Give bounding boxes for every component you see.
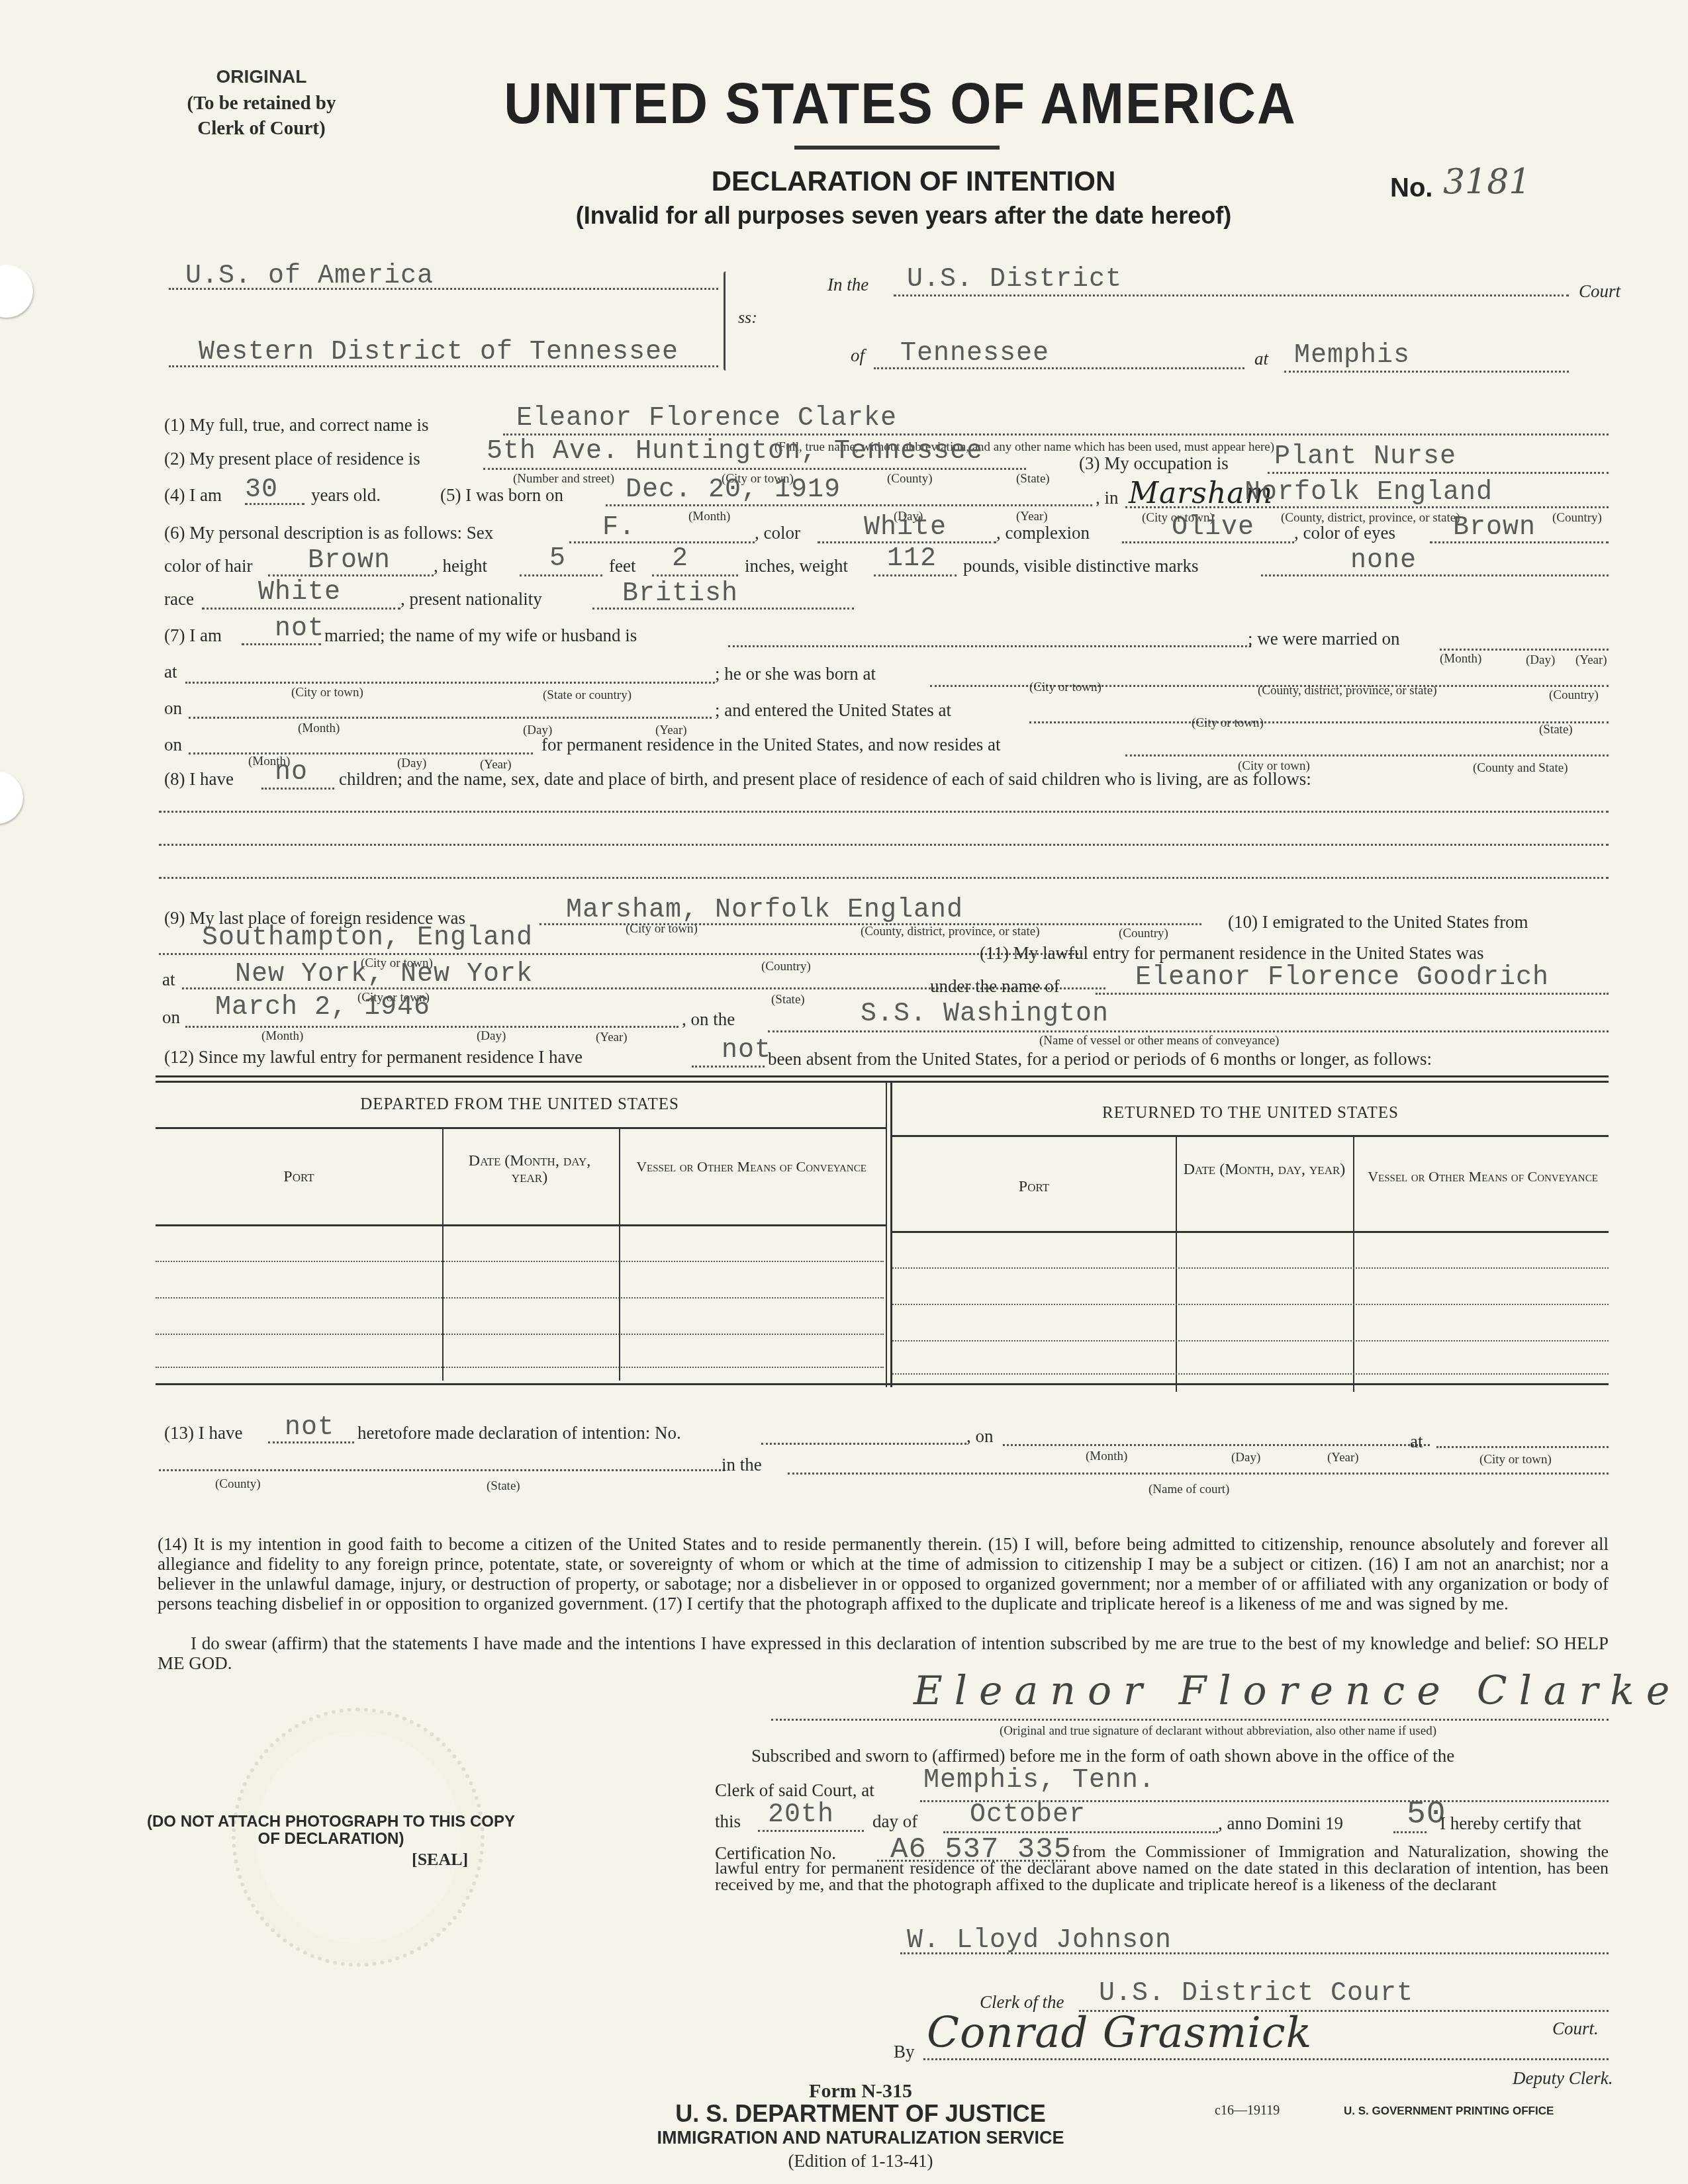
caption: (Country) xyxy=(1549,688,1599,703)
at-label: at xyxy=(1410,1432,1423,1452)
signature-caption: (Original and true signature of declaran… xyxy=(1000,1724,1436,1739)
court-label: Court xyxy=(1579,281,1620,302)
q4-label: (4) I am xyxy=(164,485,222,506)
table-row xyxy=(892,1267,1609,1269)
caption: (Year) xyxy=(1575,653,1607,668)
absent-value: not xyxy=(722,1036,771,1066)
at-label: at xyxy=(164,662,177,682)
on-the-label: , on the xyxy=(682,1009,735,1030)
caption: (Day) xyxy=(1231,1451,1260,1465)
caption: (Month) xyxy=(261,1029,303,1044)
q13-label: (13) I have xyxy=(164,1423,242,1443)
caption: (State) xyxy=(1539,723,1573,737)
eyes-label: , color of eyes xyxy=(1294,523,1395,543)
col-vessel-departed: Vessel or Other Means of Conveyance xyxy=(626,1158,877,1175)
q3-label: (3) My occupation is xyxy=(1079,453,1229,474)
deputy-signature: Conrad Grasmick xyxy=(927,2009,1312,2058)
caption: (Name of court) xyxy=(1149,1482,1229,1497)
height-inches-value: 2 xyxy=(672,544,688,574)
caption: (County and State) xyxy=(1473,761,1568,776)
col-port-returned: Port xyxy=(892,1178,1176,1196)
sworn-month-value: October xyxy=(970,1800,1086,1830)
weight-value: 112 xyxy=(887,544,937,574)
day-of-label: day of xyxy=(872,1811,917,1832)
caption: (State) xyxy=(771,993,805,1007)
caption: (County) xyxy=(215,1477,261,1492)
caption: (City or town) xyxy=(1029,680,1102,695)
on-label: on xyxy=(164,735,182,755)
caption: (Year) xyxy=(1327,1451,1359,1465)
this-label: this xyxy=(715,1811,741,1832)
marks-value: none xyxy=(1350,546,1417,576)
hole-punch xyxy=(0,771,23,824)
entry-date-value: March 2, 1946 xyxy=(215,993,430,1023)
pounds-label: pounds, visible distinctive marks xyxy=(963,556,1198,576)
years-old-label: years old. xyxy=(311,485,381,506)
at-label: at xyxy=(1254,349,1268,369)
clerk-at-label: Clerk of said Court, at xyxy=(715,1780,874,1801)
jurisdiction-1: U.S. of America xyxy=(185,261,434,291)
entry-name-value: Eleanor Florence Goodrich xyxy=(1135,963,1549,993)
in-the-label: In the xyxy=(827,275,868,295)
departed-header: DEPARTED FROM THE UNITED STATES xyxy=(156,1095,884,1114)
on-label: on xyxy=(164,698,182,719)
spouse-label: married; the name of my wife or husband … xyxy=(324,625,637,646)
q5-label: (5) I was born on xyxy=(440,485,563,506)
table-row xyxy=(892,1373,1609,1375)
married-on-label: ; we were married on xyxy=(1248,629,1399,649)
occupation-value: Plant Nurse xyxy=(1274,442,1456,472)
certify-label: I hereby certify that xyxy=(1440,1813,1581,1834)
caption: (Country) xyxy=(1552,511,1602,525)
court-suffix-label: Court. xyxy=(1552,2019,1599,2039)
copy-note-1: (To be retained by xyxy=(149,93,374,114)
caption: (County, district, province, or state) xyxy=(1258,684,1437,698)
q11-label: (11) My lawful entry for permanent resid… xyxy=(980,943,1484,964)
deputy-clerk-label: Deputy Clerk. xyxy=(1513,2068,1613,2089)
in-the-label: in the xyxy=(722,1455,762,1475)
married-value: not xyxy=(275,614,324,644)
residence-value: 5th Ave. Huntington, Tennessee xyxy=(487,437,983,467)
port-of-entry-value: New York, New York xyxy=(235,960,533,989)
table-row xyxy=(892,1304,1609,1305)
height-label: , height xyxy=(434,556,487,576)
q10-label: (10) I emigrated to the United States fr… xyxy=(1228,912,1528,933)
oath-paragraph: (14) It is my intention in good faith to… xyxy=(158,1534,1609,1614)
caption: (Year) xyxy=(596,1030,628,1045)
full-name-value: Eleanor Florence Clarke xyxy=(516,404,897,433)
hair-value: Brown xyxy=(308,546,391,576)
caption: (County) xyxy=(887,472,933,486)
caption: (Month) xyxy=(1086,1449,1127,1464)
caption: (Country) xyxy=(761,960,811,974)
form-number: Form N-315 xyxy=(596,2080,1125,2103)
nationality-value: British xyxy=(622,579,738,609)
table-row xyxy=(892,1340,1609,1342)
caption: (Month) xyxy=(1440,652,1481,666)
caption: (Month) xyxy=(298,721,340,736)
returned-header: RETURNED TO THE UNITED STATES xyxy=(892,1104,1609,1122)
certification-text: from the Commissioner of Immigration and… xyxy=(715,1843,1609,1893)
caption: (Name of vessel or other means of convey… xyxy=(1039,1034,1279,1048)
copy-note-2: Clerk of Court) xyxy=(149,118,374,140)
jurisdiction-2: Western District of Tennessee xyxy=(199,338,679,367)
feet-label: feet xyxy=(609,556,635,576)
table-row xyxy=(156,1334,884,1335)
venue-brace xyxy=(724,271,728,371)
print-code: c16—19119 xyxy=(1215,2103,1280,2118)
caption: (State) xyxy=(487,1479,520,1494)
col-date-departed: Date (Month, day, year) xyxy=(450,1153,609,1186)
declaration-number: 3181 xyxy=(1443,162,1530,202)
caption: (County, district, province, or state) xyxy=(861,925,1040,939)
age-value: 30 xyxy=(245,475,278,505)
under-name-label: under the name of xyxy=(930,976,1060,997)
col-vessel-returned: Vessel or Other Means of Conveyance xyxy=(1357,1168,1609,1185)
number-label: No. xyxy=(1390,173,1432,203)
inches-label: inches, weight xyxy=(745,556,848,576)
court-name: U.S. District xyxy=(907,265,1122,295)
q8-label: (8) I have xyxy=(164,769,234,790)
children-value: no xyxy=(275,758,308,788)
q1-label: (1) My full, true, and correct name is xyxy=(164,415,429,435)
q12-label: (12) Since my lawful entry for permanent… xyxy=(164,1047,583,1068)
race-label: race xyxy=(164,589,194,610)
caption: (Month) xyxy=(688,510,730,524)
vessel-value: S.S. Washington xyxy=(861,999,1109,1029)
q2-label: (2) My present place of residence is xyxy=(164,449,420,469)
hair-label: color of hair xyxy=(164,556,252,576)
table-row xyxy=(156,1367,884,1368)
nationality-label: , present nationality xyxy=(400,589,542,610)
birth-place-value: Norfolk England xyxy=(1244,478,1493,508)
color-label: , color xyxy=(755,523,800,543)
height-feet-value: 5 xyxy=(549,544,566,574)
q7-label: (7) I am xyxy=(164,625,222,646)
clerk-name-value: W. Lloyd Johnson xyxy=(907,1926,1172,1956)
caption: (City or town) xyxy=(1192,716,1264,731)
eyes-value: Brown xyxy=(1453,513,1536,543)
court-state: Tennessee xyxy=(900,339,1049,369)
col-date-returned: Date (Month, day, year) xyxy=(1182,1161,1347,1178)
prior-declaration-text: heretofore made declaration of intention… xyxy=(357,1423,681,1443)
form-subtitle: DECLARATION OF INTENTION xyxy=(549,165,1278,197)
permanent-label: for permanent residence in the United St… xyxy=(541,735,1001,755)
entered-label: ; and entered the United States at xyxy=(715,700,951,721)
sworn-place-value: Memphis, Tenn. xyxy=(923,1766,1155,1796)
at-label: at xyxy=(162,970,175,990)
service: IMMIGRATION AND NATURALIZATION SERVICE xyxy=(596,2128,1125,2148)
declarant-signature: Eleanor Florence Clarke xyxy=(914,1668,1681,1714)
race-value: White xyxy=(258,578,341,608)
photo-note: (DO NOT ATTACH PHOTOGRAPH TO THIS COPY O… xyxy=(146,1813,516,1848)
table-row xyxy=(156,1297,884,1298)
printer: U. S. GOVERNMENT PRINTING OFFICE xyxy=(1344,2105,1554,2118)
department: U. S. DEPARTMENT OF JUSTICE xyxy=(596,2100,1125,2128)
prior-declaration-value: not xyxy=(285,1413,334,1443)
caption: (City or town) xyxy=(291,686,363,700)
by-label: By xyxy=(894,2042,915,2062)
anno-domini-label: , anno Domini 19 xyxy=(1218,1813,1343,1834)
sworn-day-value: 20th xyxy=(768,1800,834,1830)
complexion-label: , complexion xyxy=(996,523,1090,543)
caption: (Day) xyxy=(477,1029,506,1044)
seal-label: [SEAL] xyxy=(412,1850,468,1870)
sex-value: F. xyxy=(602,513,635,543)
foreign-residence-value: Marsham, Norfolk England xyxy=(566,895,963,925)
on-label: on xyxy=(162,1007,180,1028)
born-at-label: ; he or she was born at xyxy=(715,664,876,684)
validity-note: (Invalid for all purposes seven years af… xyxy=(463,202,1344,230)
caption: (Number and street) xyxy=(513,472,614,486)
color-value: White xyxy=(864,513,947,543)
complexion-value: Olive xyxy=(1172,513,1254,543)
on-label: , on xyxy=(966,1426,994,1447)
in-label: , in xyxy=(1096,488,1119,508)
copy-label: ORIGINAL xyxy=(169,66,354,87)
caption: (City or town) xyxy=(1479,1453,1552,1467)
caption: (Country) xyxy=(1119,927,1168,941)
oath-swear: I do swear (affirm) that the statements … xyxy=(158,1633,1609,1673)
caption: (State or country) xyxy=(543,688,632,703)
ss-label: ss: xyxy=(738,308,757,328)
clerk-court-value: U.S. District Court xyxy=(1099,1979,1413,2009)
absence-text: been absent from the United States, for … xyxy=(768,1049,1432,1069)
court-city: Memphis xyxy=(1294,341,1410,371)
caption: (State) xyxy=(1016,472,1050,486)
emigrated-from-value: Southampton, England xyxy=(202,923,533,953)
caption: (City or town) xyxy=(626,922,698,936)
hole-punch xyxy=(0,265,33,318)
caption: (Year) xyxy=(1016,510,1048,524)
edition: (Edition of 1-13-41) xyxy=(596,2151,1125,2171)
col-port-departed: Port xyxy=(156,1168,442,1186)
page-title: UNITED STATES OF AMERICA xyxy=(457,69,1344,136)
children-text: children; and the name, sex, date and pl… xyxy=(339,769,1311,790)
q6-label: (6) My personal description is as follow… xyxy=(164,523,493,543)
birth-date-value: Dec. 20, 1919 xyxy=(626,475,841,505)
caption: (Day) xyxy=(1526,653,1555,668)
title-rule xyxy=(794,146,1000,150)
of-label: of xyxy=(851,345,865,366)
table-row xyxy=(156,1261,884,1262)
sworn-text: Subscribed and sworn to (affirmed) befor… xyxy=(751,1746,1454,1766)
